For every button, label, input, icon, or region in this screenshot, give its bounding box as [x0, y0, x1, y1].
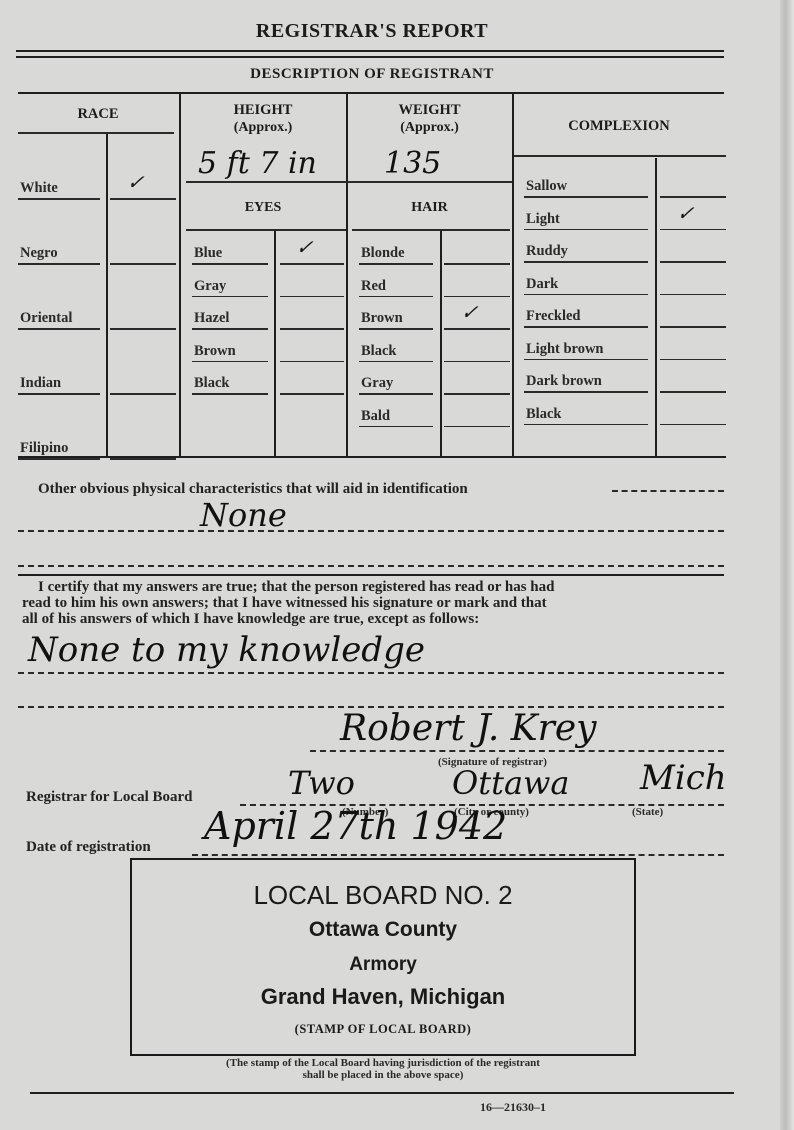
- complexion-checkbox-light-brown[interactable]: [660, 359, 726, 361]
- exceptions-value[interactable]: None to my knowledge: [28, 630, 425, 670]
- complexion-option-label: Sallow: [526, 178, 567, 195]
- hair-header-rule: [352, 229, 510, 231]
- race-option-rule: [18, 198, 100, 200]
- check-mark-icon: ✓: [675, 201, 701, 225]
- exceptions-line-1: [18, 672, 724, 674]
- form-number: 16—21630–1: [480, 1100, 546, 1115]
- eyes-option-rule: [192, 296, 268, 298]
- complexion-option-rule: [524, 359, 648, 361]
- hair-header: HAIR: [347, 199, 512, 216]
- local-board-state[interactable]: Mich: [640, 758, 727, 798]
- title-rule-2: [16, 56, 724, 58]
- complexion-checkbox-light[interactable]: [660, 229, 726, 231]
- hair-option-label: Brown: [361, 310, 403, 327]
- complexion-option-label: Black: [526, 406, 561, 423]
- check-mark-icon: ✓: [459, 300, 485, 324]
- race-option-rule: [18, 263, 100, 265]
- complexion-option-rule: [524, 326, 648, 328]
- signature-line: [310, 750, 724, 752]
- table-bottom-rule: [18, 456, 726, 458]
- hair-check-divider: [440, 230, 442, 456]
- hair-option-rule: [359, 393, 433, 395]
- complexion-checkbox-sallow[interactable]: [660, 196, 726, 198]
- certification-rule: [18, 574, 724, 576]
- hair-checkbox-black[interactable]: [444, 361, 510, 363]
- other-characteristics-value[interactable]: None: [200, 496, 287, 534]
- race-option-label: Negro: [20, 245, 58, 262]
- eyes-option-label: Black: [194, 375, 229, 392]
- page-edge: [780, 0, 794, 1130]
- race-checkbox-negro[interactable]: [110, 263, 176, 265]
- complexion-option-label: Dark: [526, 276, 558, 293]
- stamp-caption: (STAMP OF LOCAL BOARD): [132, 1022, 634, 1037]
- hair-option-rule: [359, 328, 433, 330]
- date-value[interactable]: April 27th 1942: [204, 804, 507, 848]
- race-check-divider: [106, 134, 108, 456]
- footer-rule: [30, 1092, 734, 1094]
- form-title: REGISTRAR'S REPORT: [0, 20, 744, 43]
- hair-option-label: Gray: [361, 375, 393, 392]
- complexion-option-rule: [524, 294, 648, 296]
- section-title: DESCRIPTION OF REGISTRANT: [0, 66, 744, 83]
- race-option-rule: [18, 393, 100, 395]
- complexion-header: COMPLEXION: [513, 118, 725, 135]
- eyes-option-label: Blue: [194, 245, 222, 262]
- eyes-check-divider: [274, 230, 276, 456]
- date-label: Date of registration: [26, 840, 151, 855]
- eyes-option-rule: [192, 393, 268, 395]
- eyes-option-label: Gray: [194, 278, 226, 295]
- stamp-armory: Armory: [132, 954, 634, 976]
- hair-checkbox-red[interactable]: [444, 296, 510, 298]
- hair-checkbox-bald[interactable]: [444, 426, 510, 428]
- complexion-option-label: Light: [526, 211, 560, 228]
- complexion-option-label: Freckled: [526, 308, 581, 325]
- hair-option-label: Red: [361, 278, 386, 295]
- col-divider-weight: [512, 94, 514, 456]
- race-option-rule: [18, 328, 100, 330]
- complexion-checkbox-dark-brown[interactable]: [660, 391, 726, 393]
- race-option-label: Oriental: [20, 310, 72, 327]
- height-value[interactable]: 5 ft 7 in: [198, 146, 317, 181]
- race-checkbox-white[interactable]: [110, 198, 176, 200]
- height-header: HEIGHT (Approx.): [180, 102, 346, 136]
- weight-value[interactable]: 135: [384, 146, 441, 181]
- complexion-checkbox-dark[interactable]: [660, 294, 726, 296]
- complexion-option-label: Ruddy: [526, 243, 568, 260]
- caption-state: (State): [632, 806, 663, 818]
- other-characteristics-leader: [612, 490, 724, 492]
- date-line: [192, 854, 724, 856]
- local-board-number[interactable]: Two: [288, 764, 355, 802]
- weight-header: WEIGHT (Approx.): [347, 102, 512, 136]
- col-divider-race: [179, 94, 181, 456]
- complexion-header-rule: [514, 155, 726, 157]
- complexion-check-divider: [655, 158, 657, 456]
- hair-checkbox-gray[interactable]: [444, 393, 510, 395]
- complexion-option-rule: [524, 261, 648, 263]
- race-option-rule: [18, 458, 100, 460]
- eyes-option-rule: [192, 328, 268, 330]
- complexion-option-rule: [524, 196, 648, 198]
- hair-checkbox-blonde[interactable]: [444, 263, 510, 265]
- other-characteristics-line-1: [18, 530, 724, 532]
- section-rule: [18, 92, 724, 94]
- local-board-label: Registrar for Local Board: [26, 790, 193, 805]
- eyes-header: EYES: [180, 199, 346, 216]
- hair-option-rule: [359, 263, 433, 265]
- registrar-signature[interactable]: Robert J. Krey: [340, 708, 597, 749]
- race-header: RACE: [18, 106, 178, 123]
- eyes-option-label: Hazel: [194, 310, 229, 327]
- eyes-option-rule: [192, 263, 268, 265]
- complexion-option-rule: [524, 229, 648, 231]
- complexion-option-rule: [524, 424, 648, 426]
- eyes-option-rule: [192, 361, 268, 363]
- other-characteristics-line-2: [18, 565, 724, 567]
- complexion-option-label: Light brown: [526, 341, 604, 358]
- complexion-checkbox-ruddy[interactable]: [660, 261, 726, 263]
- complexion-checkbox-black[interactable]: [660, 424, 726, 426]
- stamp-county: Ottawa County: [132, 918, 634, 942]
- hair-checkbox-brown[interactable]: [444, 328, 510, 330]
- hair-option-label: Black: [361, 343, 396, 360]
- race-checkbox-filipino[interactable]: [110, 458, 176, 460]
- check-mark-icon: ✓: [294, 235, 320, 259]
- height-weight-rule: [186, 181, 512, 183]
- complexion-checkbox-freckled[interactable]: [660, 326, 726, 328]
- eyes-checkbox-gray[interactable]: [280, 296, 344, 298]
- stamp-note: (The stamp of the Local Board having jur…: [130, 1057, 636, 1081]
- local-board-city[interactable]: Ottawa: [452, 764, 570, 802]
- local-board-stamp: LOCAL BOARD NO. 2 Ottawa County Armory G…: [130, 858, 636, 1056]
- complexion-option-rule: [524, 391, 648, 393]
- hair-option-rule: [359, 296, 433, 298]
- eyes-option-label: Brown: [194, 343, 236, 360]
- eyes-checkbox-black[interactable]: [280, 393, 344, 395]
- race-option-label: White: [20, 180, 58, 197]
- certification-line-3: all of his answers of which I have knowl…: [22, 612, 479, 627]
- hair-option-rule: [359, 361, 433, 363]
- complexion-option-label: Dark brown: [526, 373, 602, 390]
- hair-option-rule: [359, 426, 433, 428]
- race-checkbox-indian[interactable]: [110, 393, 176, 395]
- certification-line-2: read to him his own answers; that I have…: [22, 596, 547, 611]
- other-characteristics-label: Other obvious physical characteristics t…: [38, 482, 468, 497]
- registrar-report-page: REGISTRAR'S REPORT DESCRIPTION OF REGIST…: [0, 0, 794, 1130]
- race-option-label: Filipino: [20, 440, 68, 457]
- race-option-label: Indian: [20, 375, 61, 392]
- stamp-city: Grand Haven, Michigan: [132, 984, 634, 1010]
- stamp-board-number: LOCAL BOARD NO. 2: [132, 880, 634, 911]
- eyes-checkbox-brown[interactable]: [280, 361, 344, 363]
- certification-line-1: I certify that my answers are true; that…: [38, 580, 554, 595]
- eyes-header-rule: [186, 229, 346, 231]
- eyes-checkbox-blue[interactable]: [280, 263, 344, 265]
- hair-option-label: Blonde: [361, 245, 405, 262]
- eyes-checkbox-hazel[interactable]: [280, 328, 344, 330]
- race-checkbox-oriental[interactable]: [110, 328, 176, 330]
- race-header-rule: [18, 132, 174, 134]
- col-divider-height: [346, 94, 348, 456]
- check-mark-icon: ✓: [125, 170, 151, 194]
- hair-option-label: Bald: [361, 408, 390, 425]
- title-rule-1: [16, 50, 724, 52]
